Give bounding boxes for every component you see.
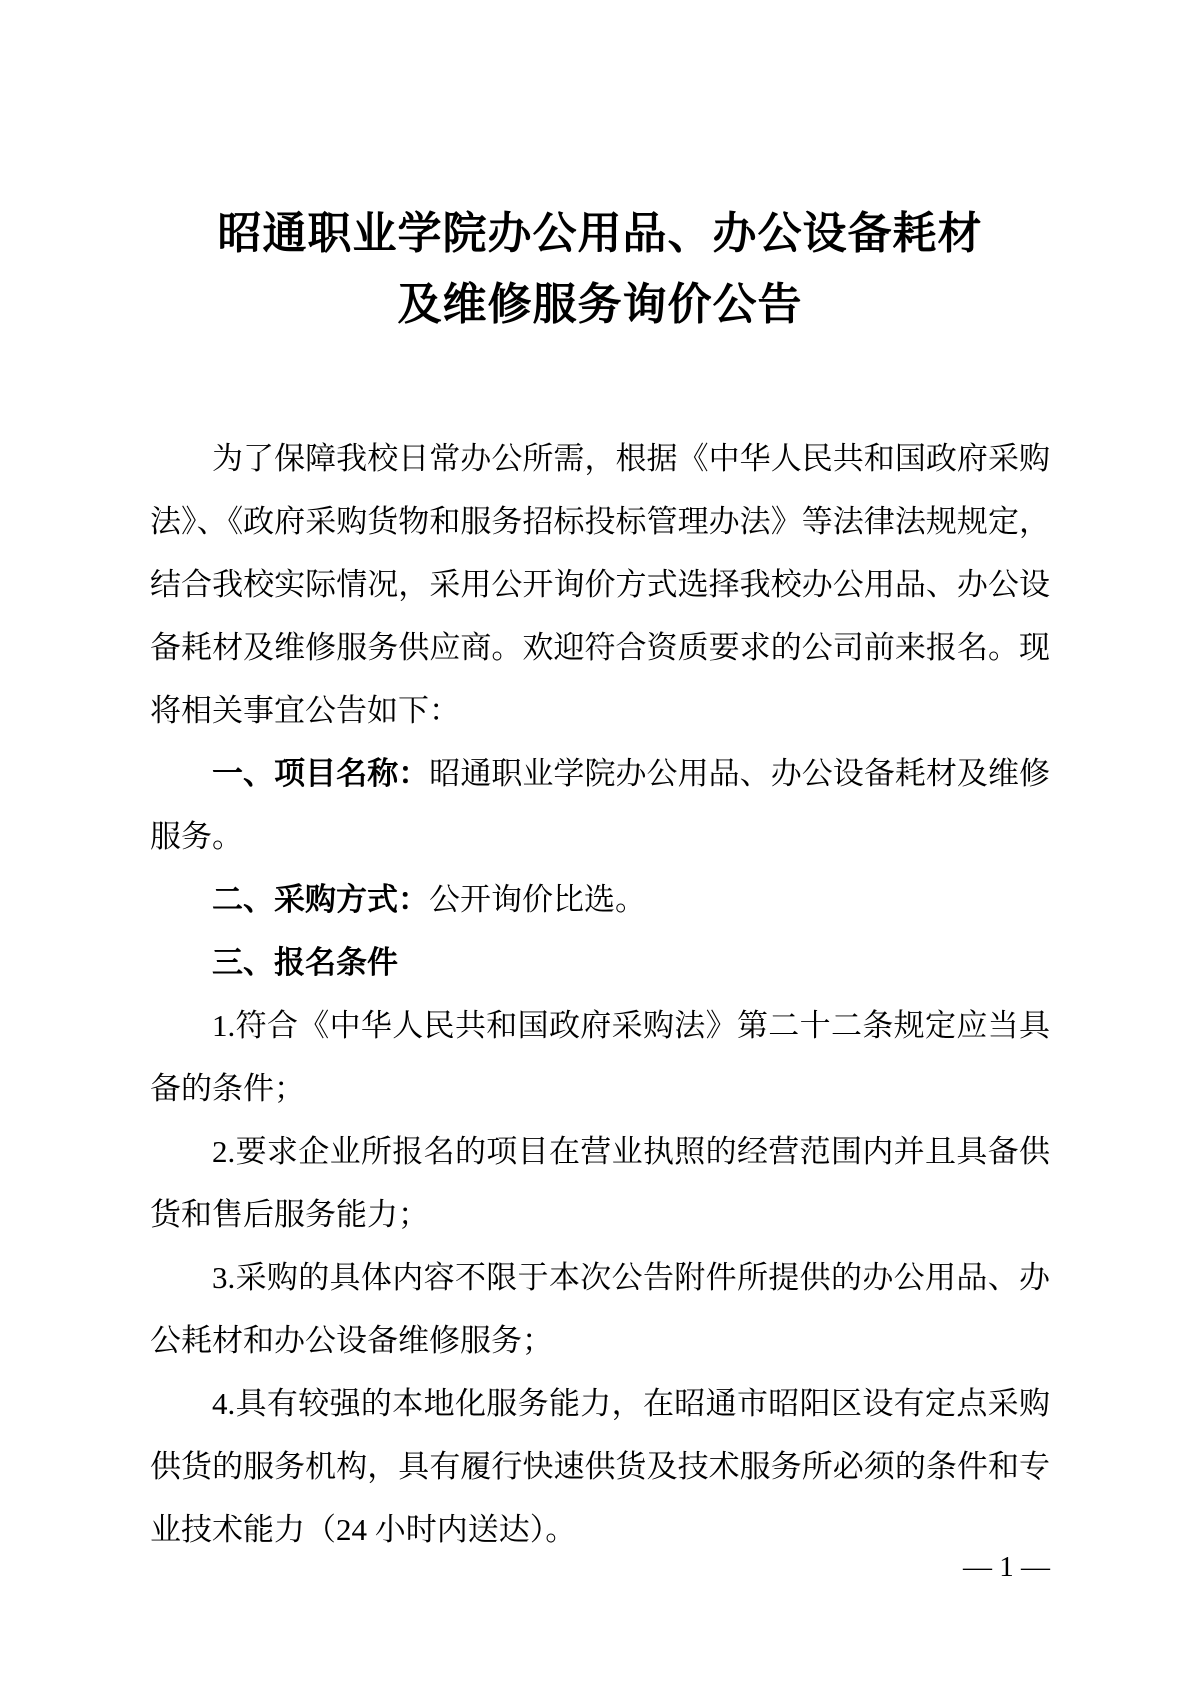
condition-4-text: 4.具有较强的本地化服务能力，在昭通市昭阳区设有定点采购供货的服务机构，具有履行… <box>150 1386 1050 1547</box>
paragraph-intro: 为了保障我校日常办公所需，根据《中华人民共和国政府采购法》、《政府采购货物和服务… <box>150 427 1050 742</box>
section-heading-procurement-method: 二、采购方式： <box>212 882 429 917</box>
document-content: 昭通职业学院办公用品、办公设备耗材 及维修服务询价公告 为了保障我校日常办公所需… <box>150 0 1050 1561</box>
condition-3-text: 3.采购的具体内容不限于本次公告附件所提供的办公用品、办公耗材和办公设备维修服务… <box>150 1260 1050 1358</box>
paragraph-condition-3: 3.采购的具体内容不限于本次公告附件所提供的办公用品、办公耗材和办公设备维修服务… <box>150 1246 1050 1372</box>
document-body: 为了保障我校日常办公所需，根据《中华人民共和国政府采购法》、《政府采购货物和服务… <box>150 427 1050 1561</box>
paragraph-condition-4: 4.具有较强的本地化服务能力，在昭通市昭阳区设有定点采购供货的服务机构，具有履行… <box>150 1372 1050 1561</box>
title-line-2: 及维修服务询价公告 <box>150 269 1050 340</box>
section-heading-registration-conditions: 三、报名条件 <box>212 945 398 980</box>
paragraph-intro-text: 为了保障我校日常办公所需，根据《中华人民共和国政府采购法》、《政府采购货物和服务… <box>150 441 1050 728</box>
document-page: 昭通职业学院办公用品、办公设备耗材 及维修服务询价公告 为了保障我校日常办公所需… <box>0 0 1191 1684</box>
condition-2-text: 2.要求企业所报名的项目在营业执照的经营范围内并且具备供货和售后服务能力； <box>150 1134 1050 1232</box>
title-line-1: 昭通职业学院办公用品、办公设备耗材 <box>150 198 1050 269</box>
condition-1-text: 1.符合《中华人民共和国政府采购法》第二十二条规定应当具备的条件； <box>150 1008 1050 1106</box>
document-title: 昭通职业学院办公用品、办公设备耗材 及维修服务询价公告 <box>150 198 1050 340</box>
section-heading-project-name: 一、项目名称： <box>212 756 429 791</box>
paragraph-procurement-method: 二、采购方式：公开询价比选。 <box>150 868 1050 931</box>
paragraph-project-name: 一、项目名称：昭通职业学院办公用品、办公设备耗材及维修服务。 <box>150 742 1050 868</box>
paragraph-condition-1: 1.符合《中华人民共和国政府采购法》第二十二条规定应当具备的条件； <box>150 994 1050 1120</box>
paragraph-registration-conditions: 三、报名条件 <box>150 931 1050 994</box>
page-number: — 1 — <box>963 1550 1050 1584</box>
section-text-procurement-method: 公开询价比选。 <box>429 882 646 917</box>
paragraph-condition-2: 2.要求企业所报名的项目在营业执照的经营范围内并且具备供货和售后服务能力； <box>150 1120 1050 1246</box>
